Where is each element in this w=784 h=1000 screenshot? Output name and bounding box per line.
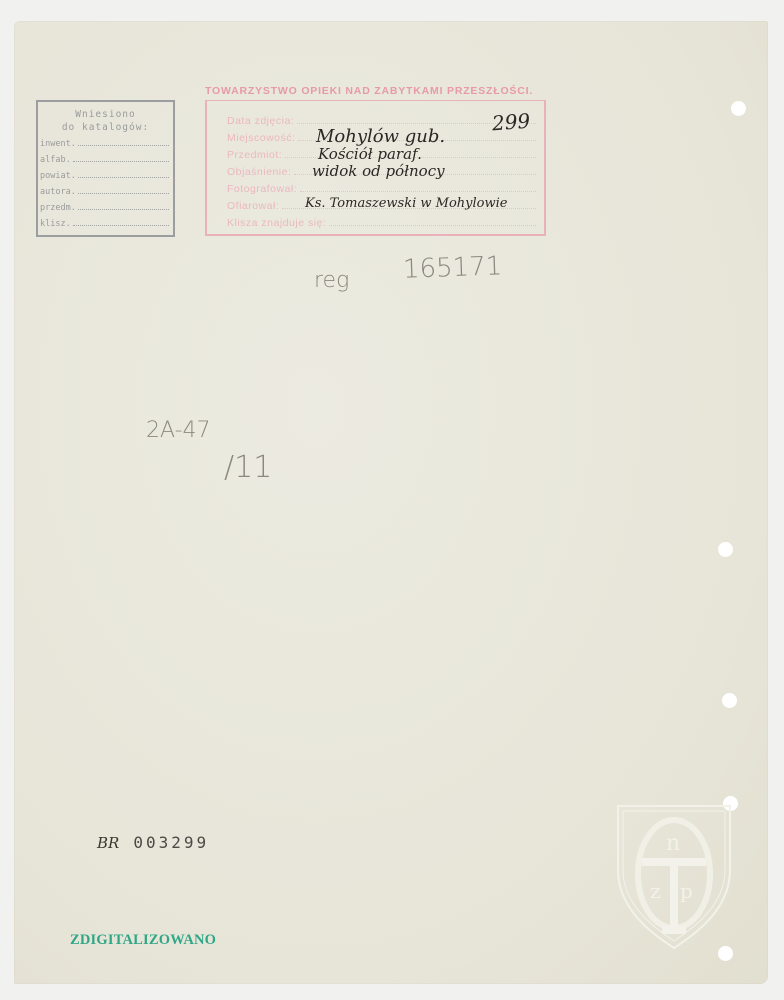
description-value: widok od północy (312, 162, 445, 180)
field-label: Fotografował: (227, 183, 297, 195)
dotted-line (300, 182, 536, 192)
field-label: Ofiarował: (227, 200, 279, 212)
punch-hole (731, 101, 746, 116)
dotted-line (73, 153, 169, 162)
inventory-number: 003299 (133, 833, 209, 852)
pencil-reg-number: 165171 (403, 251, 503, 284)
field-label: Data zdjęcia: (227, 115, 294, 127)
svg-text:p: p (680, 879, 693, 903)
catalog-stamp-title: Wniesiono do katalogów: (38, 108, 173, 134)
catalog-row-label: powiat. (40, 171, 76, 181)
field-label: Objaśnienie: (227, 166, 291, 178)
catalog-row: autora. (40, 185, 169, 198)
dotted-line (78, 185, 169, 194)
place-value: Mohylów gub. (316, 126, 445, 147)
catalog-row: powiat. (40, 169, 169, 182)
dotted-line (73, 217, 169, 226)
field-label: Klisza znajduje się: (227, 217, 326, 229)
pencil-reg-prefix: reg (314, 268, 349, 293)
catalog-title-line2: do katalogów: (38, 121, 173, 134)
dotted-line (329, 216, 536, 226)
catalog-row: alfab. (40, 153, 169, 166)
inventory-prefix: BR (97, 834, 119, 852)
inventory-code: BR 003299 (97, 833, 209, 852)
dotted-line (78, 137, 169, 146)
catalog-row: przedm. (40, 201, 169, 214)
catalog-row-label: alfab. (40, 155, 71, 165)
punch-hole (722, 693, 737, 708)
svg-text:n: n (666, 831, 680, 856)
digitized-stamp: ZDIGITALIZOWANO (70, 932, 216, 949)
field-label: Przedmiot: (227, 149, 282, 161)
field-label: Miejscowość: (227, 132, 295, 144)
dotted-line (78, 201, 169, 210)
catalog-row-label: klisz. (40, 219, 71, 229)
svg-text:z: z (650, 879, 661, 903)
donor-value: Ks. Tomaszewski w Mohylowie (305, 196, 507, 211)
catalog-row-label: inwent. (40, 139, 76, 149)
catalog-row-label: autora. (40, 187, 76, 197)
subject-value: Kościół paraf. (318, 145, 422, 163)
pencil-shelf-code: 2A-47 (146, 418, 211, 443)
catalog-title-line1: Wniesiono (38, 108, 173, 121)
catalog-row-label: przedm. (40, 203, 76, 213)
punch-hole (718, 542, 733, 557)
registry-stamp-header: TOWARZYSTWO OPIEKI NAD ZABYTKAMI PRZESZŁ… (205, 85, 533, 97)
catalog-row: inwent. (40, 137, 169, 150)
catalog-stamp: Wniesiono do katalogów: inwent. alfab. p… (36, 100, 175, 237)
pencil-slash-number: /11 (224, 450, 272, 485)
registry-field-negative: Klisza znajduje się: (227, 216, 536, 232)
shield-watermark-icon: n z p (614, 800, 734, 950)
catalog-row: klisz. (40, 217, 169, 230)
registry-number: 299 (491, 109, 531, 136)
dotted-line (78, 169, 169, 178)
